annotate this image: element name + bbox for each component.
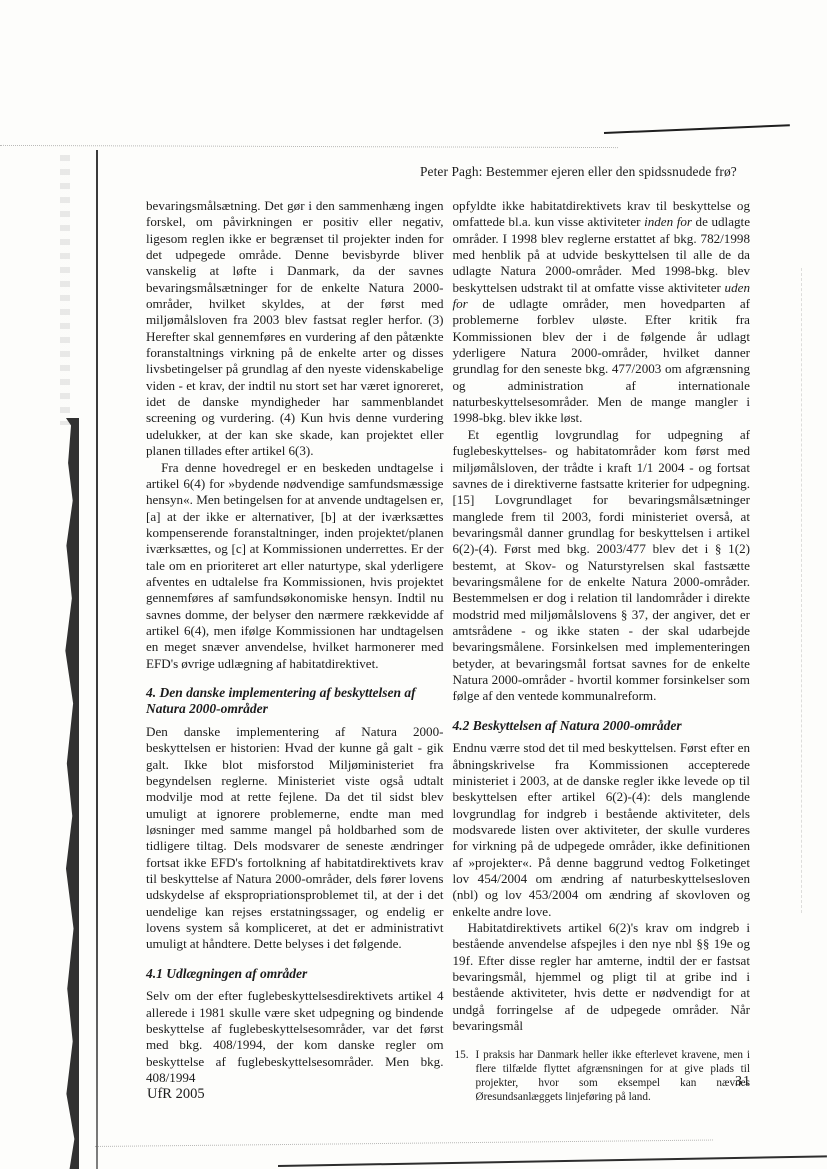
scan-left-edge-strip bbox=[58, 418, 79, 1169]
scan-left-vertical-line bbox=[96, 150, 98, 1169]
section-heading-4: 4. Den danske implementering af beskytte… bbox=[146, 685, 444, 718]
scan-right-edge-streak bbox=[801, 268, 802, 913]
paragraph: Den danske implementering af Natura 2000… bbox=[146, 724, 444, 953]
scanned-page: Peter Pagh: Bestemmer ejeren eller den s… bbox=[0, 0, 827, 1169]
emphasis-inden-for: inden for bbox=[644, 214, 692, 229]
paragraph: Endnu værre stod det til med beskyttelse… bbox=[453, 740, 751, 920]
page-number: 31 bbox=[735, 1074, 751, 1090]
paragraph: Fra denne hovedregel er en beskeden undt… bbox=[146, 460, 444, 672]
paragraph: Et egentlig lovgrundlag for udpegning af… bbox=[453, 427, 751, 705]
left-column: bevaringsmålsætning. Det gør i den samme… bbox=[146, 198, 444, 1105]
paragraph: Selv om der efter fuglebeskyttelsesdirek… bbox=[146, 988, 444, 1086]
journal-footer: UfR 2005 bbox=[147, 1086, 205, 1103]
paragraph: bevaringsmålsætning. Det gør i den samme… bbox=[146, 198, 444, 460]
article-body: bevaringsmålsætning. Det gør i den samme… bbox=[146, 198, 750, 1105]
scan-bottom-rule bbox=[278, 1155, 827, 1167]
footnote-15: 15. I praksis har Danmark heller ikke ef… bbox=[453, 1049, 751, 1105]
section-heading-4-2: 4.2 Beskyttelsen af Natura 2000-områder bbox=[453, 718, 751, 735]
right-column: opfyldte ikke habitatdirektivets krav ti… bbox=[453, 198, 751, 1105]
footnote-number: 15. bbox=[453, 1049, 476, 1105]
scan-bottom-dotted-line bbox=[95, 1140, 713, 1147]
paragraph-segment: de udlagte områder, men hovedparten af p… bbox=[453, 296, 751, 425]
paragraph: Habitatdirektivets artikel 6(2)'s krav o… bbox=[453, 920, 751, 1034]
scan-top-right-rule bbox=[604, 124, 790, 134]
footnote-text: I praksis har Danmark heller ikke efterl… bbox=[476, 1049, 751, 1105]
paragraph: opfyldte ikke habitatdirektivets krav ti… bbox=[453, 198, 751, 427]
scan-left-edge-haze bbox=[60, 155, 70, 425]
running-head: Peter Pagh: Bestemmer ejeren eller den s… bbox=[420, 164, 737, 180]
section-heading-4-1: 4.1 Udlægningen af områder bbox=[146, 966, 444, 983]
scan-top-dotted-line bbox=[0, 145, 618, 148]
